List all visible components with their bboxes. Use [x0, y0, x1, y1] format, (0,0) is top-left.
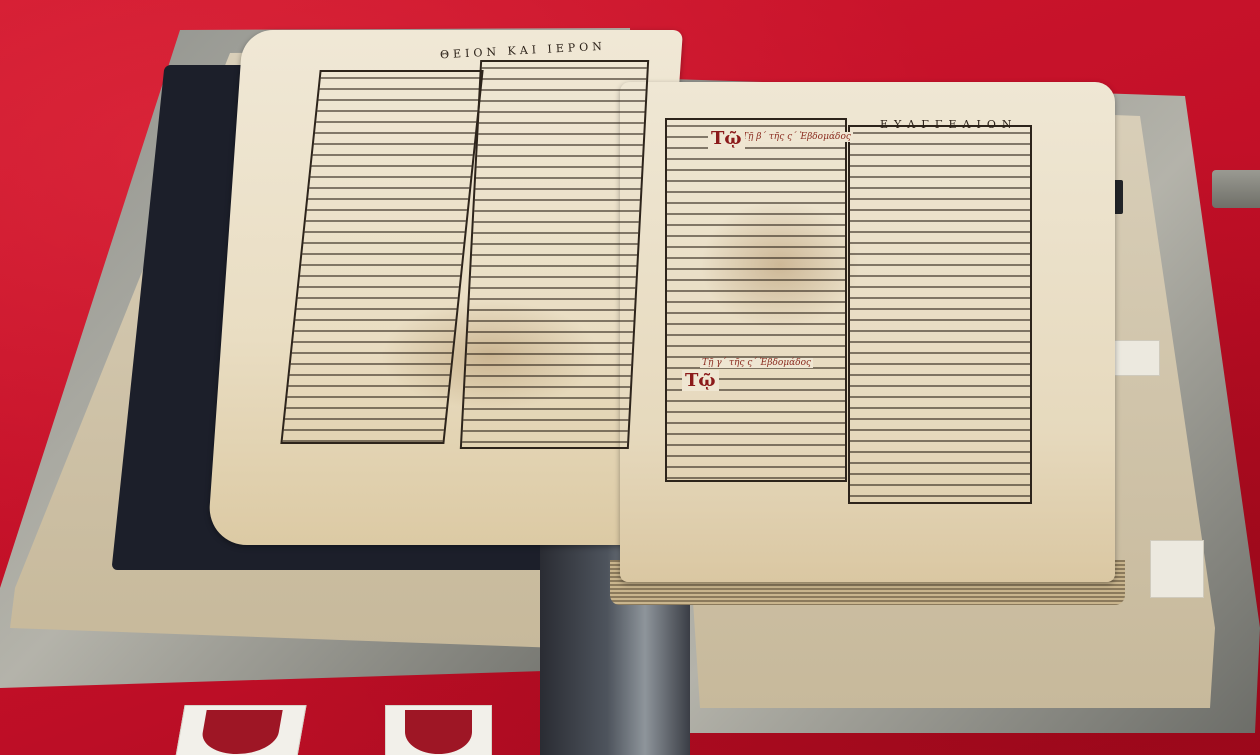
card-cutout [199, 710, 284, 754]
card-cutout [405, 710, 472, 754]
text-column [665, 118, 847, 482]
display-card [385, 705, 492, 755]
section-note: Τῇ β΄ τῆς ς΄ Ἑβδομάδος [740, 132, 853, 142]
paper-tag [1150, 540, 1204, 598]
photo-scene: ΘΕΙΟΝ ΚΑΙ ΙΕΡΟΝ ΕΥΑΓΓΕΛΙΟΝ Τῇ β΄ τῆς ς΄ … [0, 0, 1260, 755]
text-column [460, 60, 649, 449]
display-card [175, 705, 306, 755]
paper-tag [1110, 340, 1160, 376]
decorated-initial: Τῷ [708, 128, 745, 149]
text-column [848, 125, 1032, 504]
right-running-head: ΕΥΑΓΓΕΛΙΟΝ [880, 118, 1017, 131]
clasp-hinge [1212, 170, 1260, 208]
section-note: Τῇ γ΄ τῆς ς΄ Ἑβδομάδος [700, 358, 813, 368]
decorated-initial: Τῷ [682, 370, 719, 391]
